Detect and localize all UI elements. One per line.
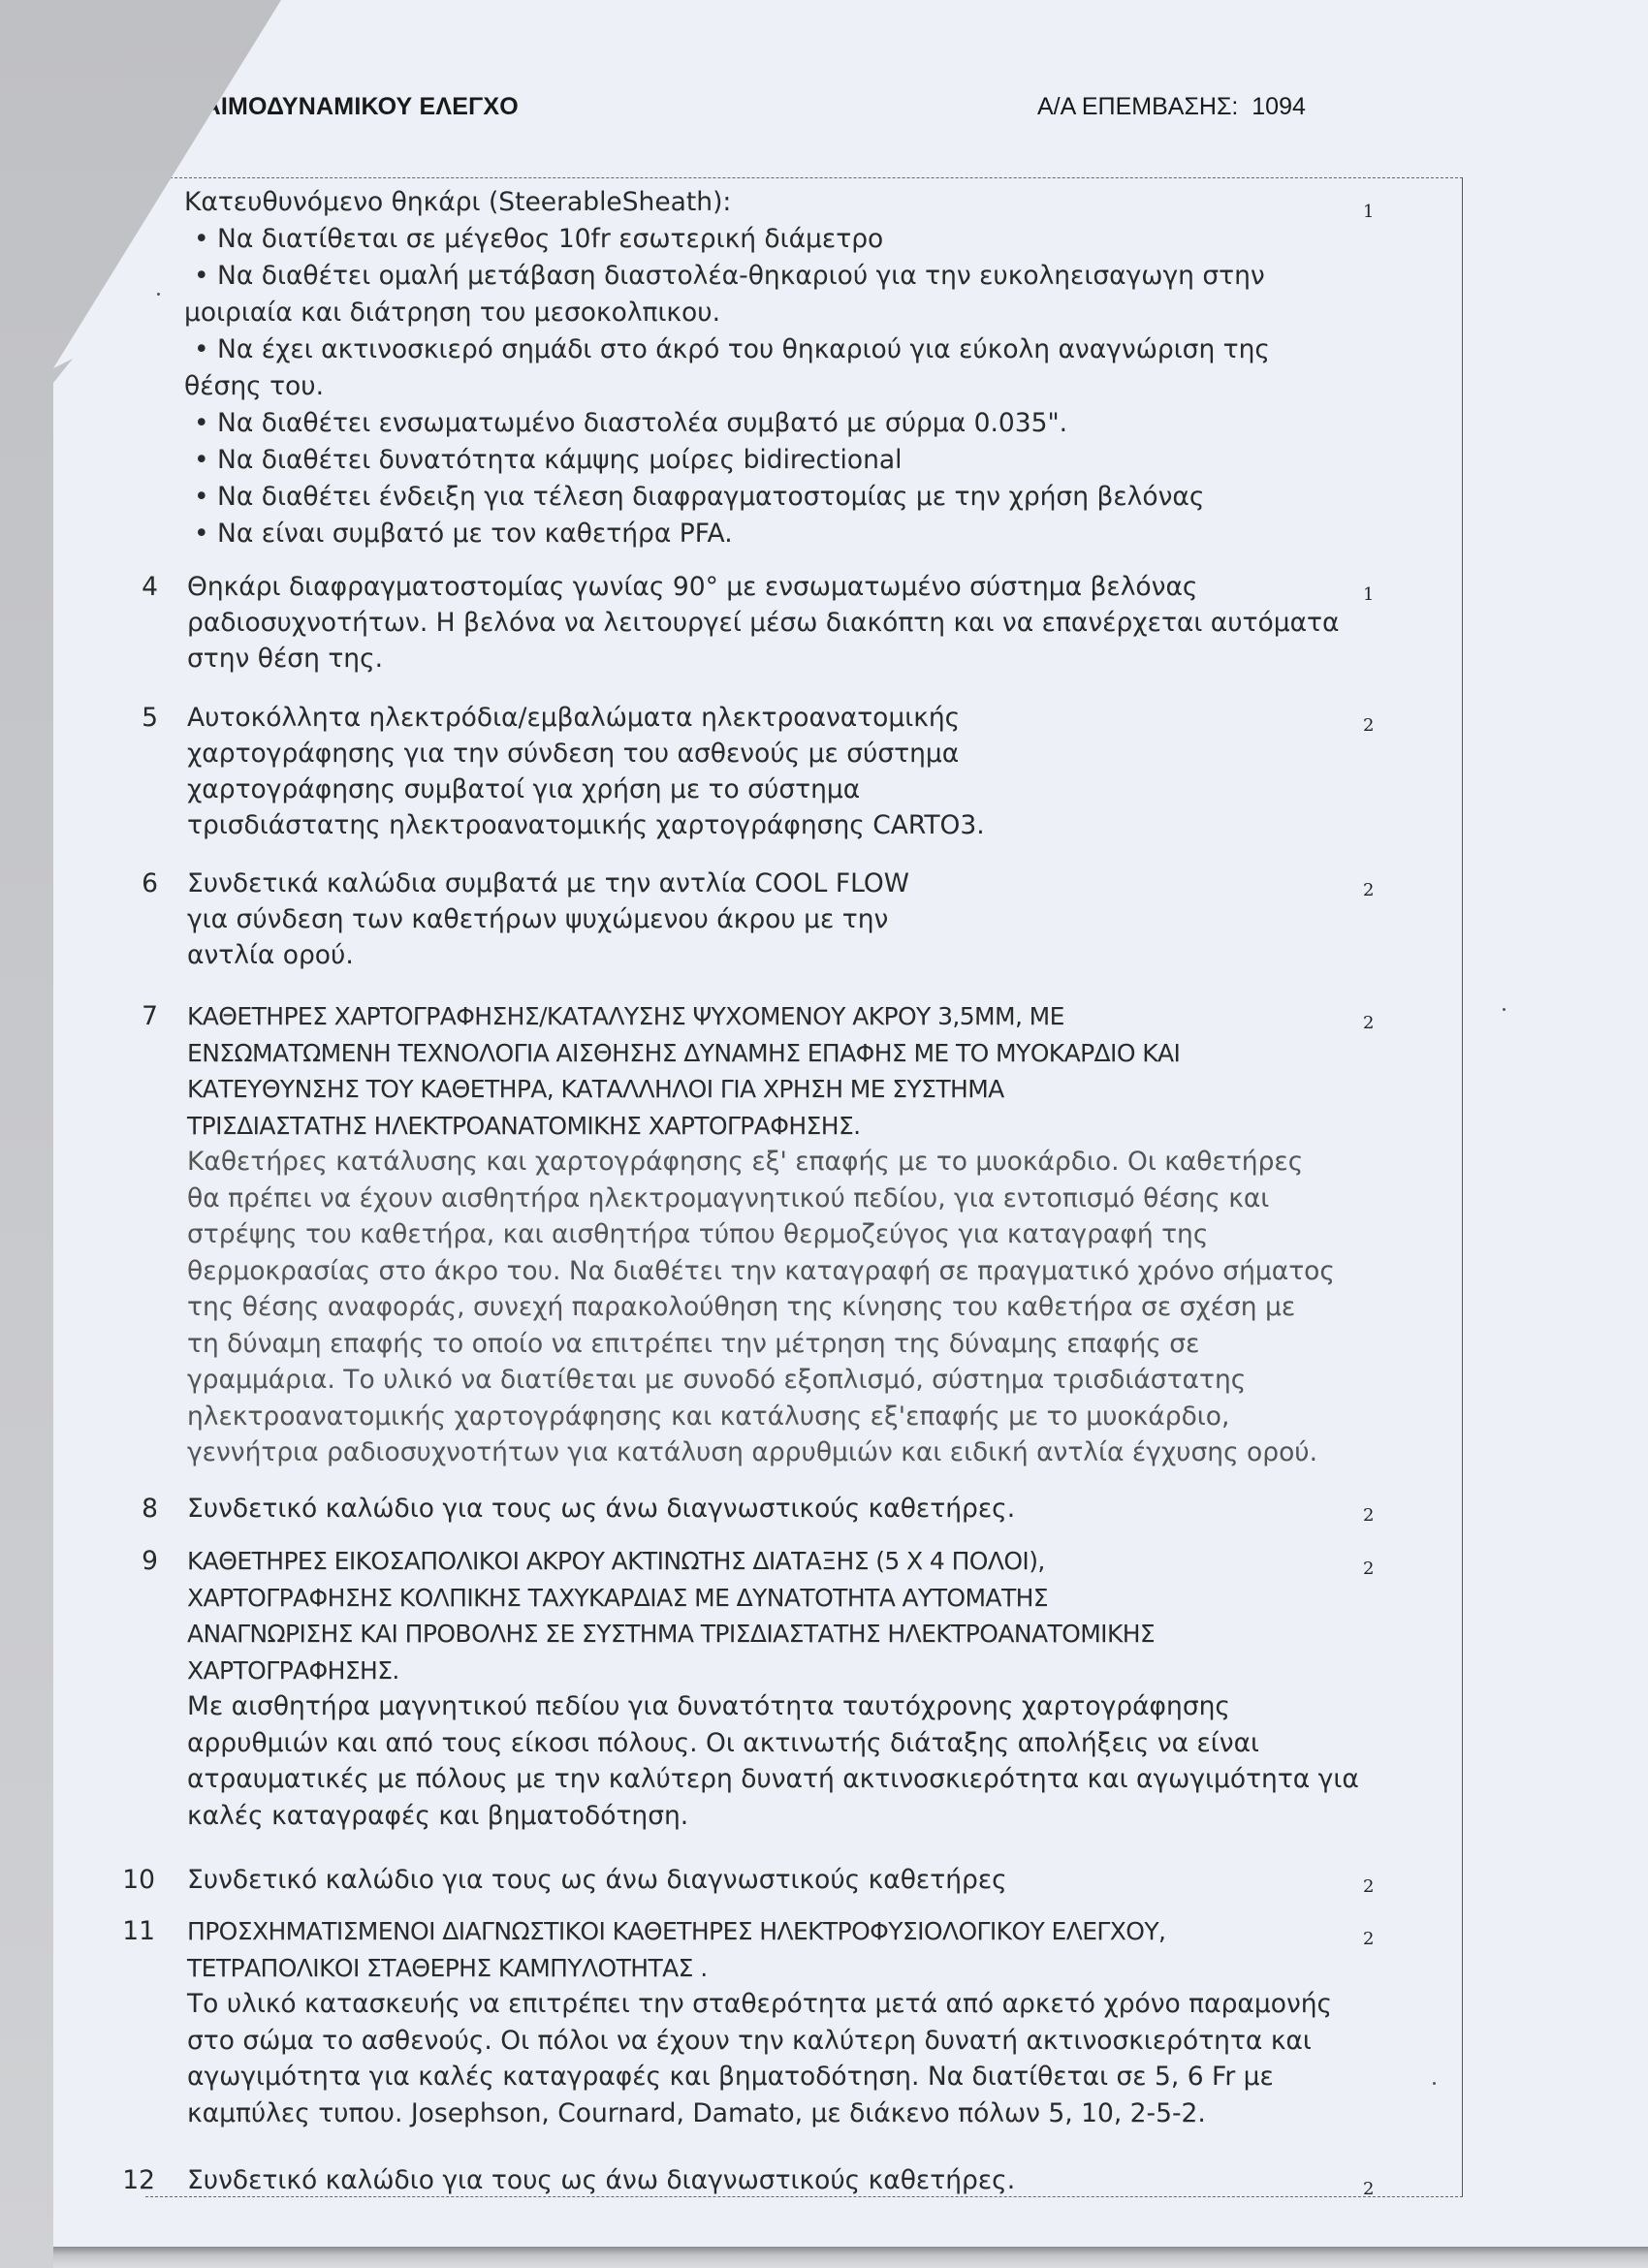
document-title: ΙΑ ΑΙΜΟΔΥΝΑΜΙΚΟΥ ΕΛΕΓΧΟ <box>173 93 519 121</box>
item-text-line: της θέσης αναφοράς, συνεχή παρακολούθηση… <box>187 1289 1335 1326</box>
item-text-line: καμπύλες τυπου. Josephson, Cournard, Dam… <box>187 2095 1332 2132</box>
scan-speck <box>1433 2082 1436 2085</box>
item-heading-line: ΕΝΣΩΜΑΤΩΜΕΝΗ ΤΕΧΝΟΛΟΓΙΑ ΑΙΣΘΗΣΗΣ ΔΥΝΑΜΗΣ… <box>187 1035 1335 1072</box>
item-text-line: • Να διαθέτει ένδειξη για τέλεση διαφραγ… <box>184 479 1270 516</box>
item-description: Συνδετικό καλώδιο για τους ως άνω διαγνω… <box>187 1491 1015 1527</box>
item-description: Αυτοκόλλητα ηλεκτρόδια/εμβαλώματα ηλεκτρ… <box>187 700 985 843</box>
procedure-label: Α/Α ΕΠΕΜΒΑΣΗΣ: <box>1037 93 1238 120</box>
item-text-line: Καθετήρες κατάλυσης και χαρτογράφησης εξ… <box>187 1144 1335 1181</box>
item-quantity: 2 <box>1363 1005 1374 1041</box>
item-text-line: Το υλικό κατασκευής να επιτρέπει την στα… <box>187 1986 1332 2023</box>
item-quantity: 1 <box>1363 194 1374 230</box>
item-number: 10 <box>116 1862 155 1898</box>
item-quantity: 2 <box>1363 1921 1374 1957</box>
item-number: 11 <box>116 1913 155 1949</box>
item-number: 6 <box>119 866 158 901</box>
scan-speck <box>1503 1008 1505 1011</box>
item-quantity: 2 <box>1363 1497 1374 1533</box>
item-text-line: στο σώμα το ασθενούς. Οι πόλοι να έχουν … <box>187 2023 1332 2060</box>
item-text-line: • Να είναι συμβατό με τον καθετήρα PFA. <box>184 516 1270 552</box>
item-text-line: μοιριαία και διάτρηση του μεσοκολπικου. <box>184 295 1270 331</box>
item-text-line: αντλία ορού. <box>187 937 909 973</box>
item-text-line: • Να έχει ακτινοσκιερό σημάδι στο άκρό τ… <box>184 331 1270 368</box>
item-text-line: • Να διατίθεται σε μέγεθος 10fr εσωτερικ… <box>184 221 1270 258</box>
item-text-line: Συνδετικό καλώδιο για τους ως άνω διαγνω… <box>187 2162 1015 2198</box>
item-text-line: τρισδιάστατης ηλεκτροανατομικής χαρτογρά… <box>187 807 985 843</box>
item-heading-line: ΤΕΤΡΑΠΟΛΙΚΟΙ ΣΤΑΘΕΡΗΣ ΚΑΜΠΥΛΟΤΗΤΑΣ . <box>187 1950 1332 1987</box>
item-description: Συνδετικό καλώδιο για τους ως άνω διαγνω… <box>187 2162 1015 2198</box>
document-page: ΙΑ ΑΙΜΟΔΥΝΑΜΙΚΟΥ ΕΛΕΓΧΟ Α/Α ΕΠΕΜΒΑΣΗΣ: 1… <box>0 0 1648 2247</box>
item-text-line: • Να διαθέτει ενσωματωμένο διαστολέα συμ… <box>184 405 1270 442</box>
item-heading-line: ΧΑΡΤΟΓΡΑΦΗΣΗΣ ΚΟΛΠΙΚΗΣ ΤΑΧΥΚΑΡΔΙΑΣ ΜΕ ΔΥ… <box>187 1580 1359 1617</box>
item-text-line: Κατευθυνόμενο θηκάρι (SteerableSheath): <box>184 184 1270 221</box>
item-text-line: γραμμάρια. Το υλικό να διατίθεται με συν… <box>187 1362 1335 1399</box>
item-quantity: 2 <box>1363 872 1374 908</box>
item-description: Θηκάρι διαφραγματοστομίας γωνίας 90° με … <box>187 569 1339 677</box>
item-text-line: καλές καταγραφές και βηματοδότηση. <box>187 1798 1359 1835</box>
item-text-line: ραδιοσυχνοτήτων. Η βελόνα να λειτουργεί … <box>187 605 1339 641</box>
item-text-line: Θηκάρι διαφραγματοστομίας γωνίας 90° με … <box>187 569 1339 605</box>
item-quantity: 2 <box>1363 1869 1374 1905</box>
item-description: ΚΑΘΕΤΗΡΕΣ ΕΙΚΟΣΑΠΟΛΙΚΟΙ ΑΚΡΟΥ ΑΚΤΙΝΩΤΗΣ … <box>187 1543 1359 1834</box>
item-heading-line: ΚΑΤΕΥΘΥΝΣΗΣ ΤΟΥ ΚΑΘΕΤΗΡΑ, ΚΑΤΑΛΛΗΛΟΙ ΓΙΑ… <box>187 1071 1335 1108</box>
item-number: 9 <box>119 1543 158 1579</box>
item-quantity: 2 <box>1363 2171 1374 2207</box>
item-number: 5 <box>119 700 158 736</box>
item-heading-line: ΠΡΟΣΧΗΜΑΤΙΣΜΕΝΟΙ ΔΙΑΓΝΩΣΤΙΚΟΙ ΚΑΘΕΤΗΡΕΣ … <box>187 1913 1332 1950</box>
item-description: Συνδετικά καλώδια συμβατά με την αντλία … <box>187 866 909 973</box>
procedure-number: 1094 <box>1252 93 1306 120</box>
item-text-line: ηλεκτροανατομικής χαρτογράφησης και κατά… <box>187 1399 1335 1435</box>
item-heading-line: ΧΑΡΤΟΓΡΑΦΗΣΗΣ. <box>187 1653 1359 1689</box>
item-number: 7 <box>119 998 158 1034</box>
item-heading-line: ΑΝΑΓΝΩΡΙΣΗΣ ΚΑΙ ΠΡΟΒΟΛΗΣ ΣΕ ΣΥΣΤΗΜΑ ΤΡΙΣ… <box>187 1616 1359 1653</box>
item-text-line: γεννήτρια ραδιοσυχνοτήτων για κατάλυση α… <box>187 1434 1335 1471</box>
item-text-line: ατραυματικές με πόλους με την καλύτερη δ… <box>187 1761 1359 1798</box>
item-text-line: τη δύναμη επαφής το οποίο να επιτρέπει τ… <box>187 1326 1335 1363</box>
item-quantity: 1 <box>1363 577 1374 613</box>
item-number: 12 <box>116 2162 155 2198</box>
item-text-line: Συνδετικό καλώδιο για τους ως άνω διαγνω… <box>187 1491 1015 1527</box>
item-text-line: χαρτογράφησης για την σύνδεση του ασθενο… <box>187 736 985 772</box>
procedure-id: Α/Α ΕΠΕΜΒΑΣΗΣ: 1094 <box>1037 93 1306 121</box>
item-quantity: 2 <box>1363 708 1374 743</box>
item-heading-line: ΤΡΙΣΔΙΑΣΤΑΤΗΣ ΗΛΕΚΤΡΟΑΝΑΤΟΜΙΚΗΣ ΧΑΡΤΟΓΡΑ… <box>187 1108 1335 1145</box>
item-description: Κατευθυνόμενο θηκάρι (SteerableSheath):•… <box>184 184 1270 552</box>
item-text-line: στην θέση της. <box>187 641 1339 677</box>
item-number: 4 <box>119 569 158 605</box>
item-heading-line: ΚΑΘΕΤΗΡΕΣ ΕΙΚΟΣΑΠΟΛΙΚΟΙ ΑΚΡΟΥ ΑΚΤΙΝΩΤΗΣ … <box>187 1543 1359 1580</box>
item-text-line: Αυτοκόλλητα ηλεκτρόδια/εμβαλώματα ηλεκτρ… <box>187 700 985 736</box>
item-text-line: χαρτογράφησης συμβατοί για χρήση με το σ… <box>187 772 985 807</box>
item-text-line: στρέψης του καθετήρα, και αισθητήρα τύπο… <box>187 1216 1335 1253</box>
item-text-line: θερμοκρασίας στο άκρο του. Να διαθέτει τ… <box>187 1253 1335 1290</box>
item-description: ΚΑΘΕΤΗΡΕΣ ΧΑΡΤΟΓΡΑΦΗΣΗΣ/ΚΑΤΑΛΥΣΗΣ ΨΥΧΟΜΕ… <box>187 998 1335 1471</box>
item-text-line: Συνδετικά καλώδια συμβατά με την αντλία … <box>187 866 909 901</box>
item-text-line: • Να διαθέτει ομαλή μετάβαση διαστολέα-θ… <box>184 258 1270 295</box>
item-number: 8 <box>119 1491 158 1527</box>
item-heading-line: ΚΑΘΕΤΗΡΕΣ ΧΑΡΤΟΓΡΑΦΗΣΗΣ/ΚΑΤΑΛΥΣΗΣ ΨΥΧΟΜΕ… <box>187 998 1335 1035</box>
item-text-line: θέσης του. <box>184 368 1270 405</box>
item-text-line: • Να διαθέτει δυνατότητα κάμψης μοίρες b… <box>184 442 1270 479</box>
item-description: ΠΡΟΣΧΗΜΑΤΙΣΜΕΝΟΙ ΔΙΑΓΝΩΣΤΙΚΟΙ ΚΑΘΕΤΗΡΕΣ … <box>187 1913 1332 2131</box>
item-text-line: αρρυθμιών και από τους είκοσι πόλους. Οι… <box>187 1725 1359 1762</box>
scan-speck <box>157 293 160 296</box>
item-text-line: αγωγιμότητα για καλές καταγραφές και βημ… <box>187 2059 1332 2095</box>
item-text-line: θα πρέπει να έχουν αισθητήρα ηλεκτρομαγν… <box>187 1181 1335 1217</box>
item-text-line: Συνδετικό καλώδιο για τους ως άνω διαγνω… <box>187 1862 1007 1898</box>
item-text-line: Με αισθητήρα μαγνητικού πεδίου για δυνατ… <box>187 1688 1359 1725</box>
page-stack-edge <box>53 2247 1648 2268</box>
item-quantity: 2 <box>1363 1551 1374 1587</box>
item-description: Συνδετικό καλώδιο για τους ως άνω διαγνω… <box>187 1862 1007 1898</box>
item-text-line: για σύνδεση των καθετήρων ψυχώμενου άκρο… <box>187 901 909 937</box>
